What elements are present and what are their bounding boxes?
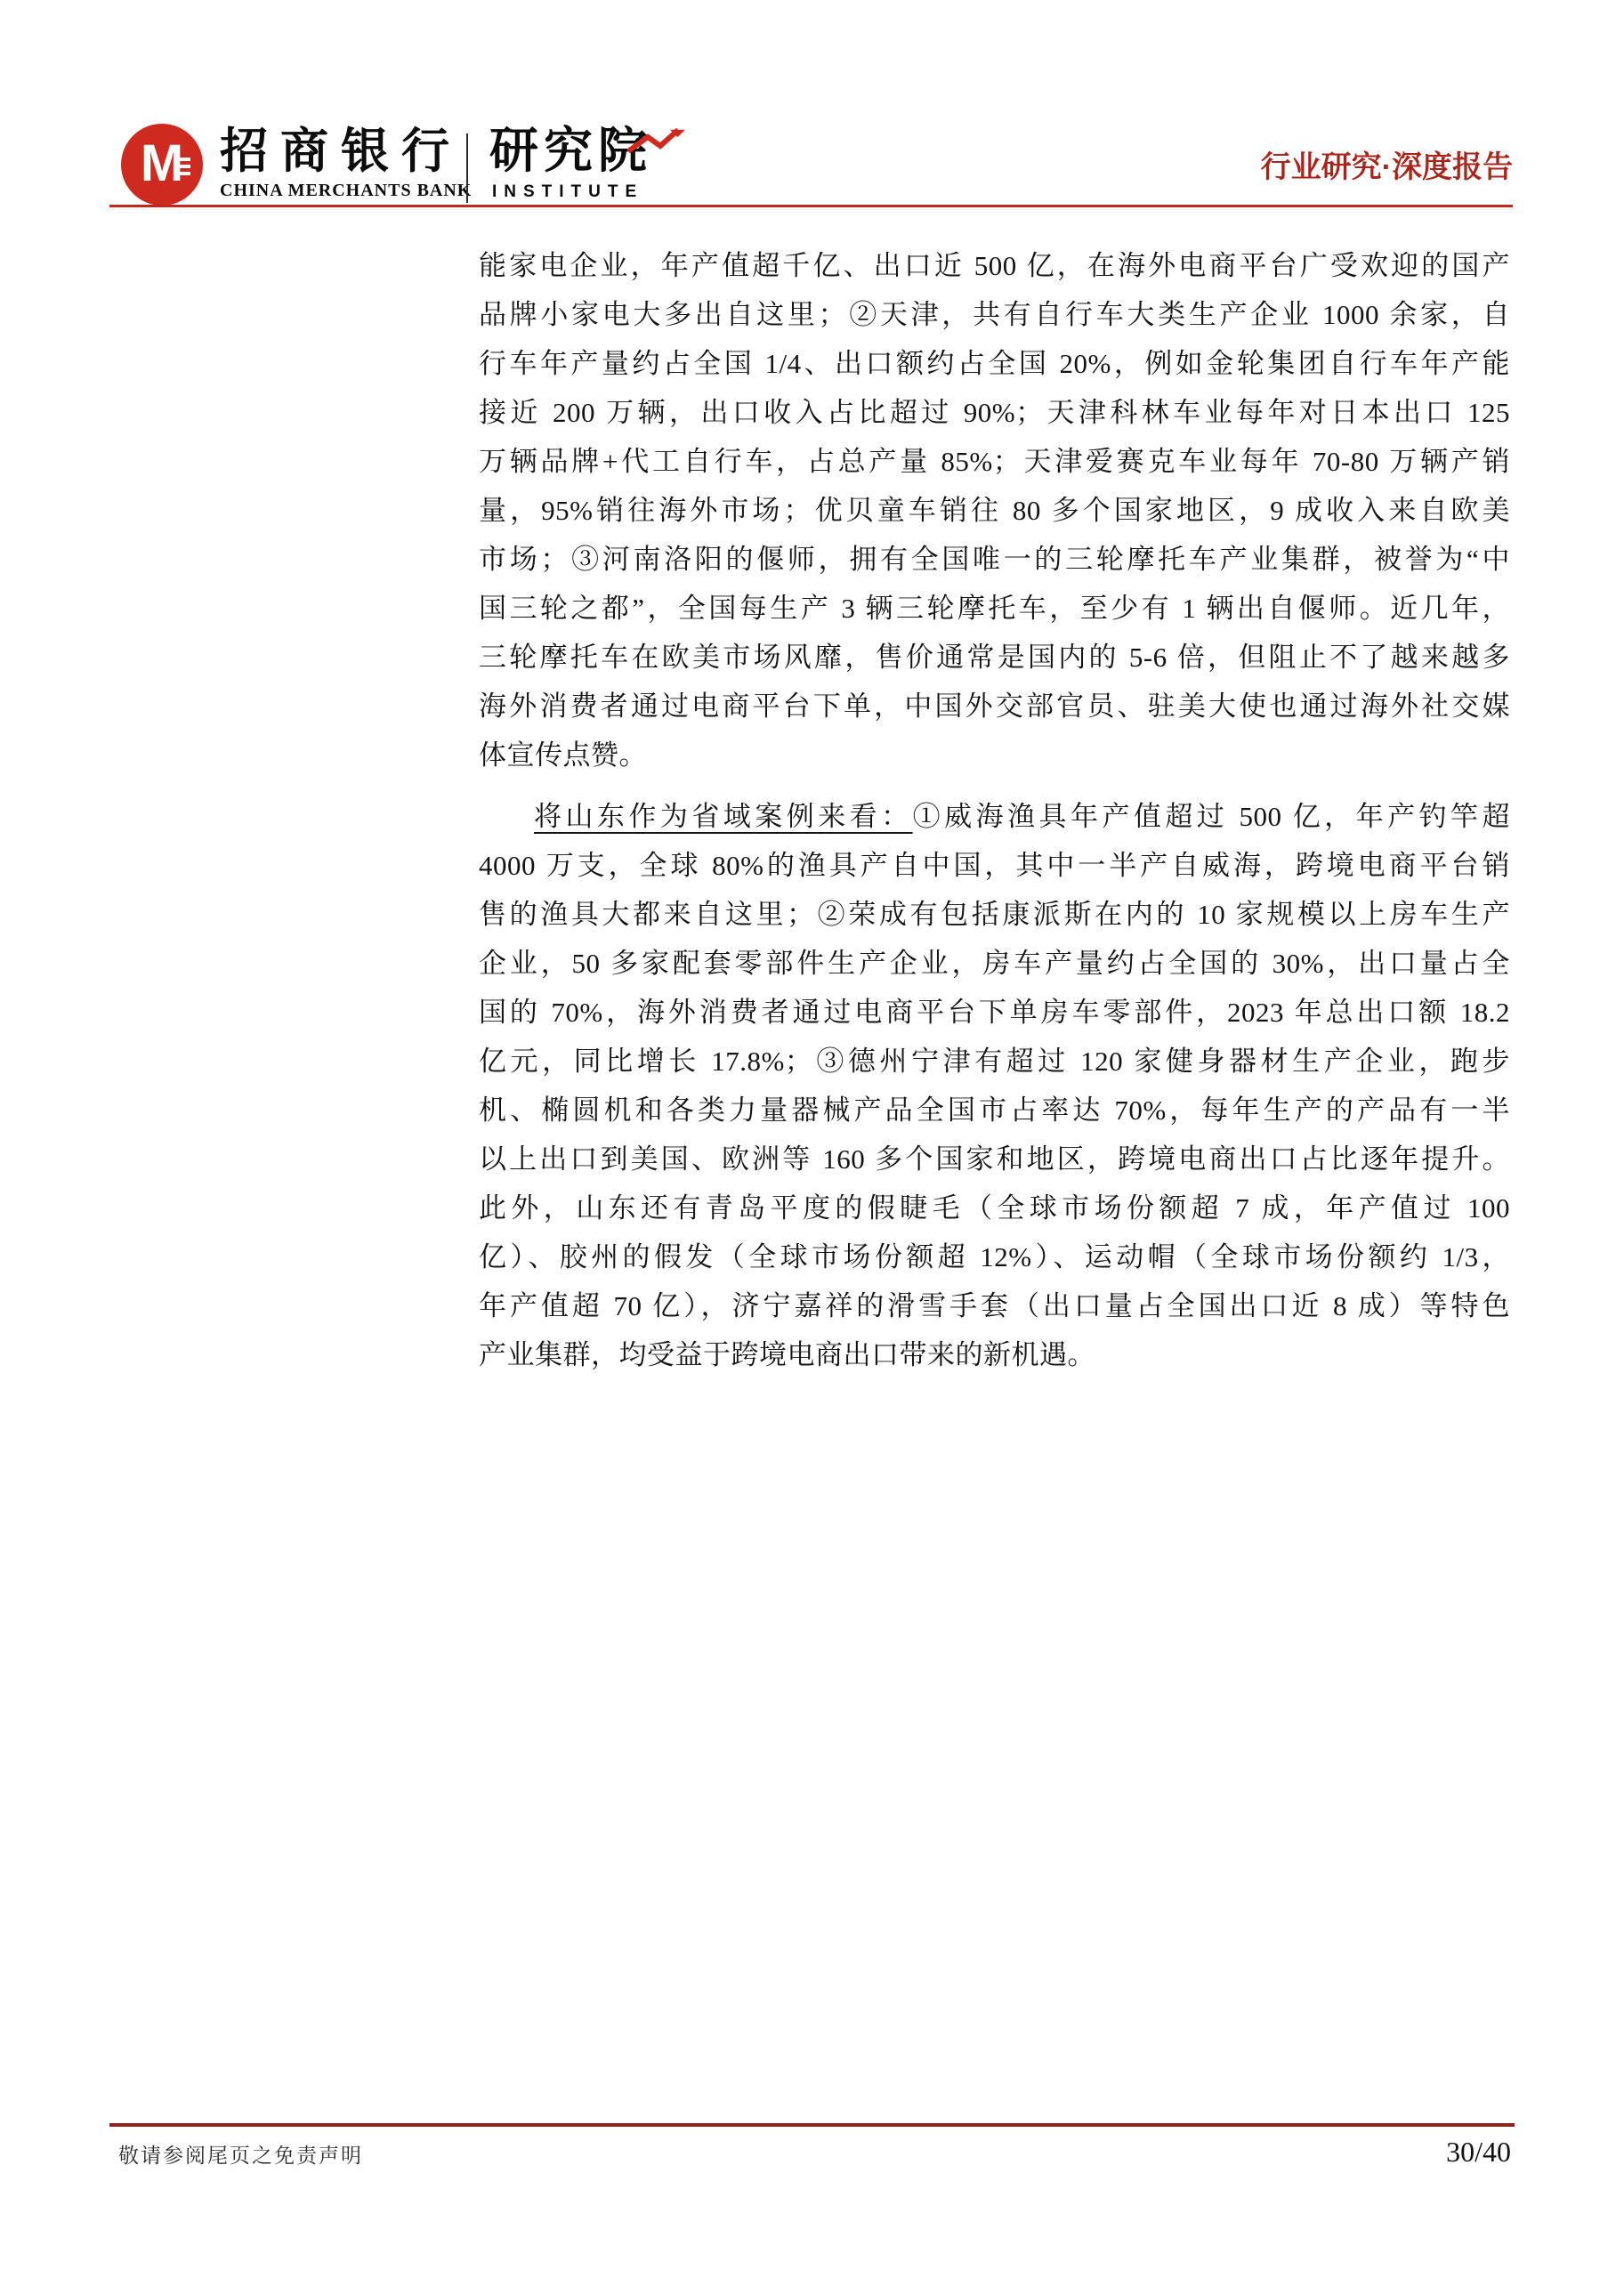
trend-arrow-icon — [623, 125, 694, 160]
text-line: 万辆品牌+代工自行车，占总产量 85%；天津爱赛克车业每年 70-80 万辆产销 — [479, 437, 1510, 486]
report-type-label: 行业研究·深度报告 — [1261, 142, 1513, 186]
text-line: 机、椭圆机和各类力量器械产品全国市占率达 70%，每年生产的产品有一半 — [479, 1086, 1510, 1135]
bank-name-en: CHINA MERCHANTS BANK — [220, 181, 472, 201]
text-line: 接近 200 万辆，出口收入占比超过 90%；天津科林车业每年对日本出口 125 — [479, 388, 1510, 437]
paragraph: 能家电企业，年产值超千亿、出口近 500 亿，在海外电商平台广受欢迎的国产品牌小… — [479, 241, 1510, 780]
text-line: 市场；③河南洛阳的偃师，拥有全国唯一的三轮摩托车产业集群，被誉为“中 — [479, 535, 1510, 584]
text-line: 将山东作为省域案例来看：①威海渔具年产值超过 500 亿，年产钓竿超 — [479, 792, 1510, 841]
text-line: 行车年产量约占全国 1/4、出口额约占全国 20%，例如金轮集团自行车年产能 — [479, 339, 1510, 388]
text-line: 能家电企业，年产值超千亿、出口近 500 亿，在海外电商平台广受欢迎的国产 — [479, 241, 1510, 290]
text-line: 亿）、胶州的假发（全球市场份额超 12%）、运动帽（全球市场份额约 1/3， — [479, 1232, 1510, 1281]
text-line: 海外消费者通过电商平台下单，中国外交部官员、驻美大使也通过海外社交媒 — [479, 682, 1510, 731]
text-line: 年产值超 70 亿），济宁嘉祥的滑雪手套（出口量占全国出口近 8 成）等特色 — [479, 1281, 1510, 1330]
text-line: 企业，50 多家配套零部件生产企业，房车产量约占全国的 30%，出口量占全 — [479, 939, 1510, 988]
underlined-phrase: 将山东作为省域案例来看： — [534, 801, 913, 832]
text-line: 产业集群，均受益于跨境电商出口带来的新机遇。 — [479, 1330, 1510, 1379]
text-line: 此外，山东还有青岛平度的假睫毛（全球市场份额超 7 成，年产值过 100 — [479, 1183, 1510, 1232]
text-line: 体宣传点赞。 — [479, 731, 1510, 780]
text-line: 品牌小家电大多出自这里；②天津，共有自行车大类生产企业 1000 余家，自 — [479, 290, 1510, 339]
cmb-logo-stripes-icon — [176, 158, 190, 184]
text-line: 以上出口到美国、欧洲等 160 多个国家和地区，跨境电商出口占比逐年提升。 — [479, 1135, 1510, 1183]
text-line: 国的 70%，海外消费者通过电商平台下单房车零部件，2023 年总出口额 18.… — [479, 988, 1510, 1037]
text-line: 4000 万支，全球 80%的渔具产自中国，其中一半产自威海，跨境电商平台销 — [479, 841, 1510, 890]
cmb-monogram-icon: M — [121, 133, 203, 195]
text-line: 售的渔具大都来自这里；②荣成有包括康派斯在内的 10 家规模以上房车生产 — [479, 890, 1510, 939]
text-line: 量，95%销往海外市场；优贝童车销往 80 多个国家地区，9 成收入来自欧美 — [479, 486, 1510, 535]
body-text: 能家电企业，年产值超千亿、出口近 500 亿，在海外电商平台广受欢迎的国产品牌小… — [479, 241, 1510, 1379]
logo-divider — [466, 133, 468, 203]
text-line: 国三轮之都”，全国每生产 3 辆三轮摩托车，至少有 1 辆出自偃师。近几年， — [479, 584, 1510, 633]
report-page: M 招商银行 CHINA MERCHANTS BANK 研究院 INSTITUT… — [0, 0, 1624, 2278]
cmb-logo-icon: M — [121, 124, 203, 206]
institute-name-en: INSTITUTE — [492, 182, 643, 202]
bank-name-cn: 招商银行 — [220, 125, 462, 178]
footer-rule — [109, 2123, 1515, 2127]
disclaimer-text: 敬请参阅尾页之免责声明 — [118, 2139, 363, 2169]
paragraph: 将山东作为省域案例来看：①威海渔具年产值超过 500 亿，年产钓竿超4000 万… — [479, 792, 1510, 1379]
header-rule — [109, 205, 1513, 207]
page-number: 30/40 — [1446, 2136, 1511, 2169]
text-line: 三轮摩托车在欧美市场风靡，售价通常是国内的 5-6 倍，但阻止不了越来越多 — [479, 633, 1510, 682]
text-line: 亿元，同比增长 17.8%；③德州宁津有超过 120 家健身器材生产企业，跑步 — [479, 1037, 1510, 1086]
